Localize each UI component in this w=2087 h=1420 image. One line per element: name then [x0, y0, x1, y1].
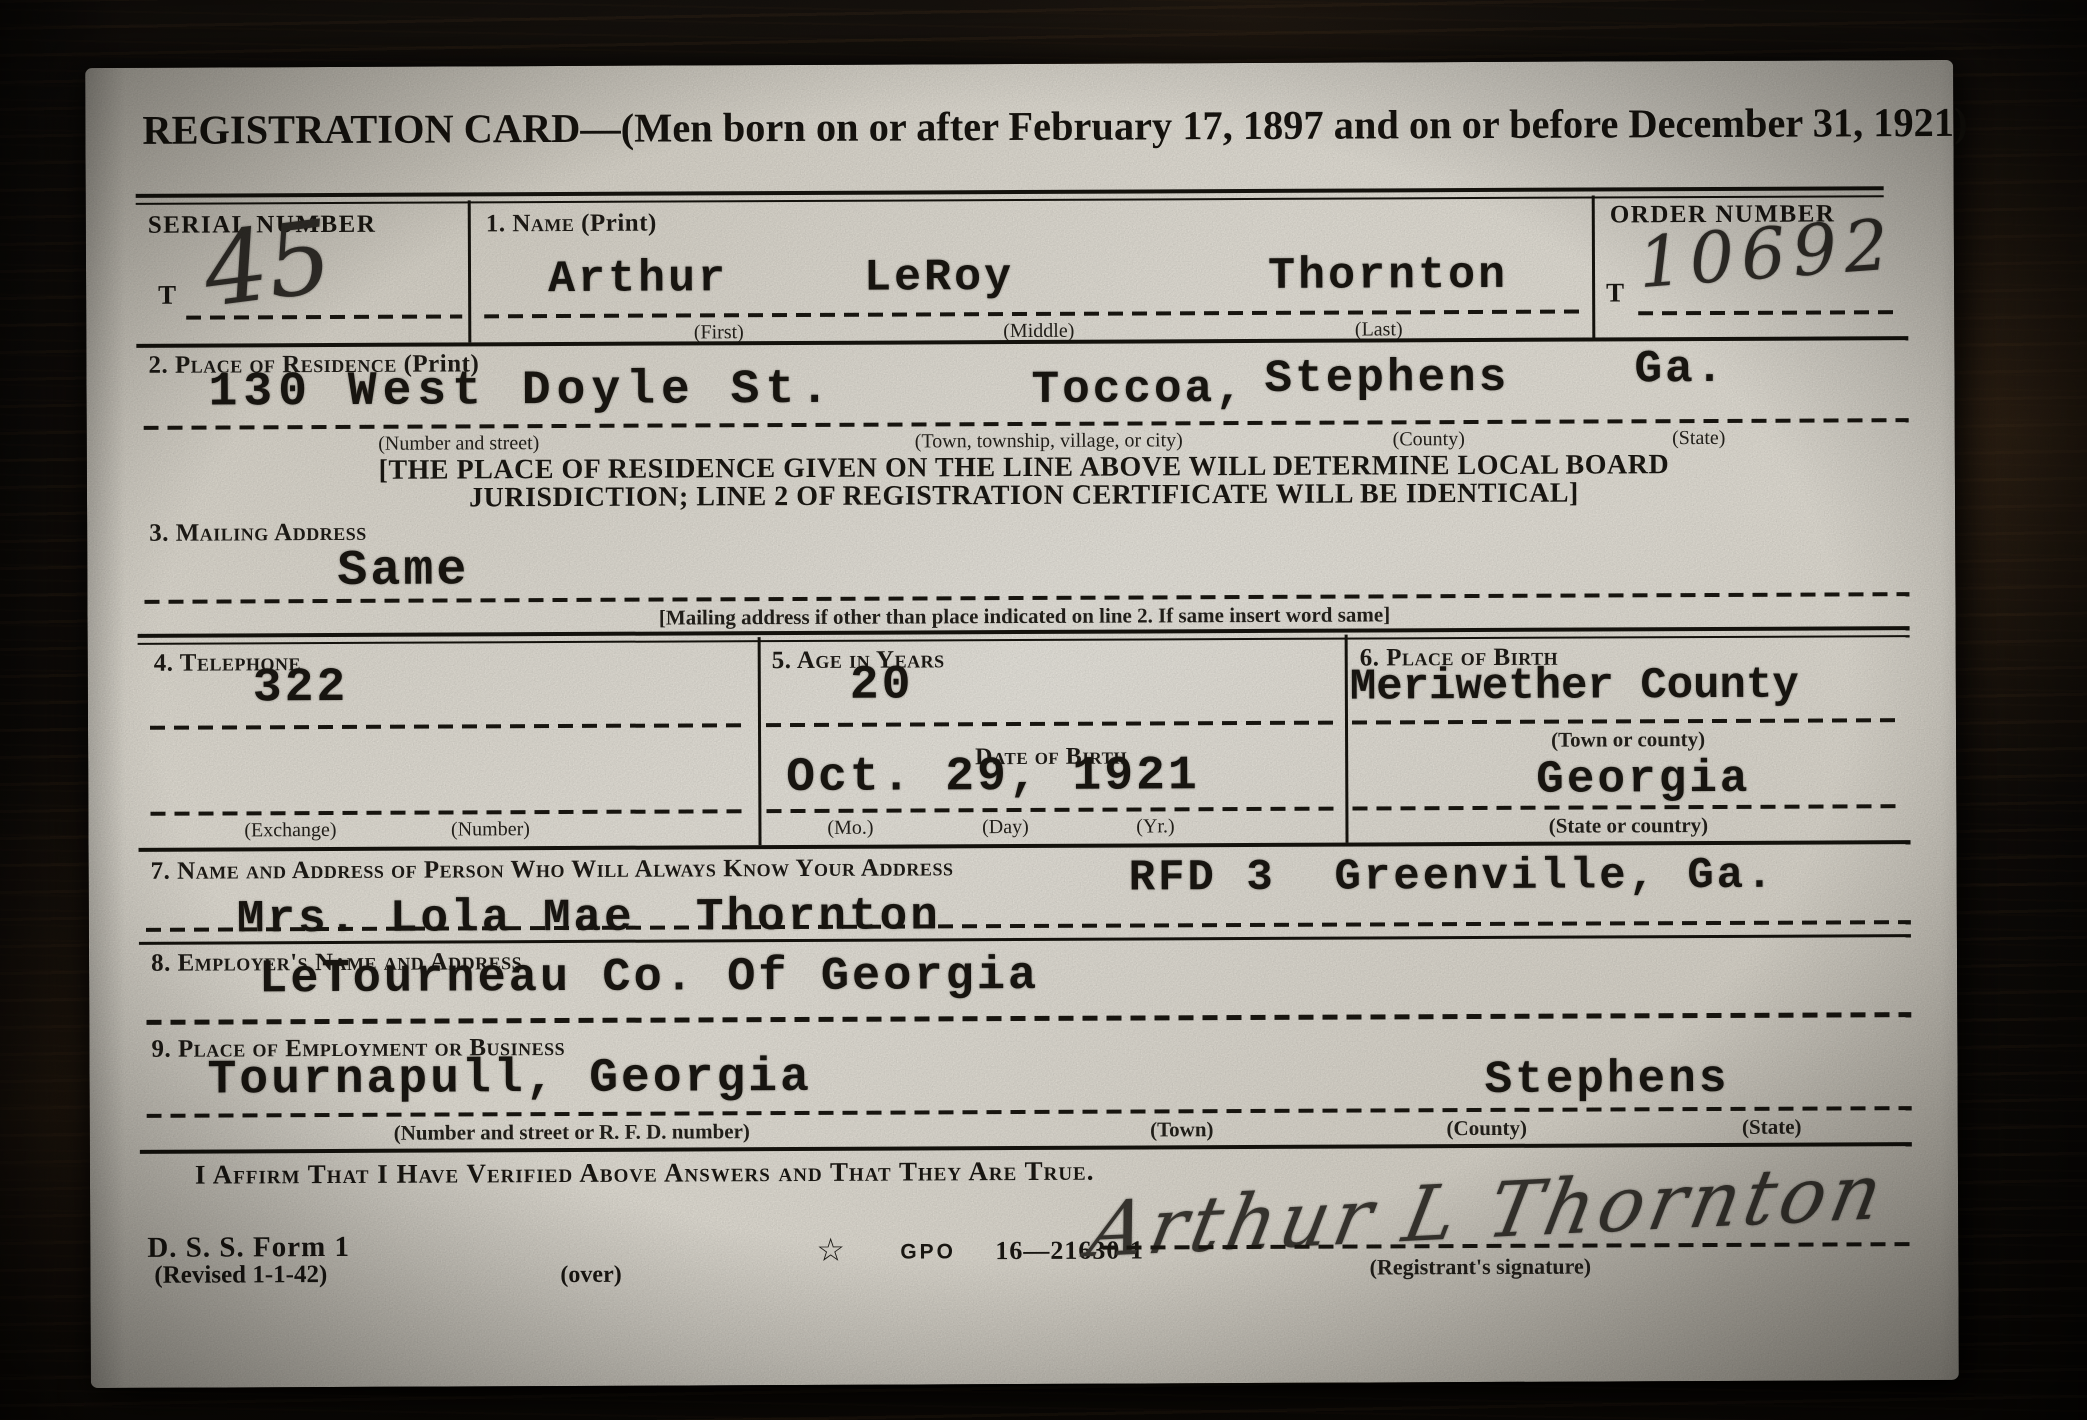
- employment-sub-county: (County): [1387, 1116, 1587, 1142]
- over-label: (over): [560, 1262, 621, 1289]
- residence-sub-street: (Number and street): [309, 432, 609, 456]
- residence-street-typed: 130 West Doyle St.: [208, 363, 835, 420]
- employment-sub-state: (State): [1682, 1114, 1862, 1140]
- name-label-print: (Print): [581, 210, 657, 237]
- employment-county-typed: Stephens: [1484, 1053, 1729, 1106]
- dob-sub-day: (Day): [945, 816, 1065, 840]
- contact-typed-right: RFD 3 Greenville, Ga.: [1129, 851, 1776, 904]
- telephone-typed: 322: [253, 661, 349, 715]
- employment-place-typed: Tournapull, Georgia: [207, 1051, 812, 1108]
- mailing-address-typed: Same: [337, 542, 469, 600]
- dob-bottom-line: [766, 807, 1336, 813]
- employment-line: [147, 1106, 1912, 1118]
- age-mid-line: [766, 721, 1336, 727]
- affirmation-text: I Affirm That I Have Verified Above Answ…: [195, 1156, 1095, 1191]
- form-number: D. S. S. Form 1: [147, 1231, 350, 1265]
- gpo-label: GPO: [900, 1240, 956, 1264]
- name-middle-typed: LeRoy: [864, 252, 1014, 304]
- dob-sub-month: (Mo.): [790, 816, 910, 840]
- order-number-prefix: T: [1606, 277, 1626, 308]
- telephone-mid-line: [150, 723, 745, 730]
- photo-of-registration-card: REGISTRATION CARD—(Men born on or after …: [0, 0, 2087, 1420]
- serial-number-prefix: T: [158, 280, 178, 311]
- residence-note-line2: JURISDICTION; LINE 2 OF REGISTRATION CER…: [144, 476, 1904, 516]
- birthplace-bottom-line: [1352, 804, 1904, 810]
- divider-vertical: [468, 200, 472, 342]
- employment-sub-town: (Town): [1102, 1117, 1262, 1143]
- card-title: REGISTRATION CARD—(Men born on or after …: [142, 98, 1884, 154]
- name-label: 1. Name (Print): [486, 210, 657, 239]
- birthplace-town-typed: Meriwether County: [1350, 661, 1799, 713]
- telephone-bottom-line: [150, 809, 745, 816]
- signature-sub-label: (Registrant's signature): [1180, 1253, 1780, 1282]
- star-icon: ☆: [816, 1231, 845, 1269]
- birthplace-mid-line: [1352, 718, 1904, 724]
- telephone-sub-exchange: (Exchange): [210, 819, 370, 843]
- residence-sub-county: (County): [1329, 428, 1529, 452]
- order-number-line: [1638, 310, 1900, 315]
- birthplace-sub-town: (Town or county): [1352, 726, 1904, 753]
- employer-typed: LeTourneau Co. Of Georgia: [259, 950, 1039, 1006]
- birthplace-sub-state: (State or country): [1352, 812, 1904, 839]
- employer-line: [146, 1012, 1911, 1025]
- order-number-handwritten: 10692: [1635, 203, 1898, 304]
- divider: [139, 840, 1911, 852]
- divider-vertical: [758, 637, 762, 845]
- birthplace-state-typed: Georgia: [1536, 753, 1750, 806]
- divider-vertical: [1345, 635, 1349, 843]
- divider-vertical: [1592, 195, 1596, 337]
- residence-sub-state: (State): [1599, 427, 1799, 451]
- form-revised: (Revised 1-1-42): [154, 1261, 327, 1290]
- contact-typed-main: Mrs. Lola Mae Thornton: [237, 890, 941, 945]
- employment-sub-street: (Number and street or R. F. D. number): [322, 1119, 822, 1146]
- name-line: [484, 310, 1584, 319]
- name-first-typed: Arthur: [548, 253, 728, 305]
- contact-label: 7. Name and Address of Person Who Will A…: [151, 854, 954, 886]
- residence-state-typed: Ga.: [1634, 343, 1726, 395]
- serial-number-handwritten: 45: [197, 198, 338, 330]
- residence-town-typed: Toccoa,: [1031, 363, 1245, 416]
- date-of-birth-typed: Oct. 29, 1921: [786, 749, 1200, 805]
- residence-county-typed: Stephens: [1264, 352, 1509, 405]
- mailing-address-label: 3. Mailing Address: [149, 519, 367, 548]
- registration-card: REGISTRATION CARD—(Men born on or after …: [85, 60, 1959, 1388]
- telephone-sub-number: (Number): [410, 818, 570, 842]
- age-typed: 20: [850, 658, 914, 712]
- name-last-typed: Thornton: [1268, 250, 1508, 302]
- dob-sub-year: (Yr.): [1095, 815, 1215, 839]
